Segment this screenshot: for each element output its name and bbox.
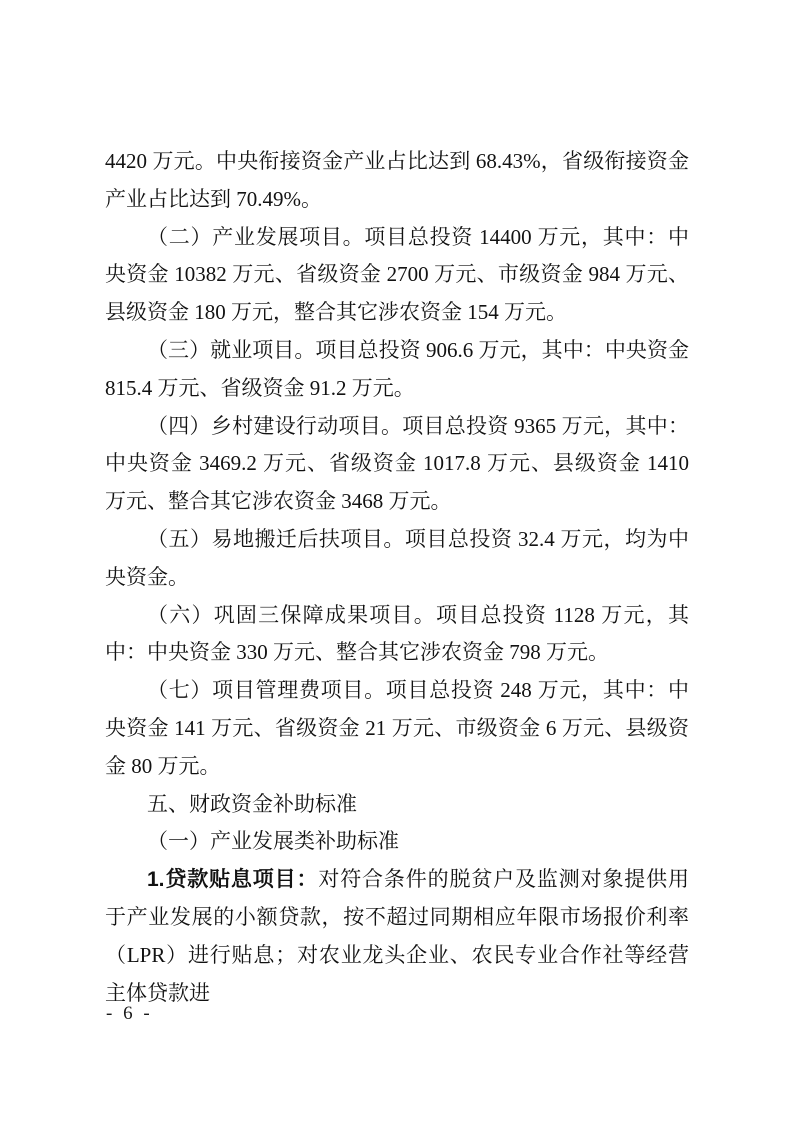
section-heading-five: 五、财政资金补助标准	[105, 786, 689, 824]
paragraph-continuation: 4420 万元。中央衔接资金产业占比达到 68.43%，省级衔接资金产业占比达到…	[105, 143, 689, 219]
document-body: 4420 万元。中央衔接资金产业占比达到 68.43%，省级衔接资金产业占比达到…	[105, 143, 689, 1012]
paragraph-item-6: （六）巩固三保障成果项目。项目总投资 1128 万元，其中：中央资金 330 万…	[105, 597, 689, 673]
paragraph-item-3: （三）就业项目。项目总投资 906.6 万元，其中：中央资金 815.4 万元、…	[105, 332, 689, 408]
page-number: - 6 -	[106, 1003, 153, 1024]
subsection-heading-one: （一）产业发展类补助标准	[105, 823, 689, 861]
paragraph-item-2: （二）产业发展项目。项目总投资 14400 万元，其中：中央资金 10382 万…	[105, 219, 689, 332]
page-footer: - 6 -	[106, 1001, 153, 1027]
paragraph-item-7: （七）项目管理费项目。项目总投资 248 万元，其中：中央资金 141 万元、省…	[105, 672, 689, 785]
paragraph-item-4: （四）乡村建设行动项目。项目总投资 9365 万元，其中：中央资金 3469.2…	[105, 408, 689, 521]
document-page: 4420 万元。中央衔接资金产业占比达到 68.43%，省级衔接资金产业占比达到…	[0, 0, 793, 1122]
paragraph-loan-subsidy: 1.贷款贴息项目：对符合条件的脱贫户及监测对象提供用于产业发展的小额贷款，按不超…	[105, 861, 689, 1012]
paragraph-item-5: （五）易地搬迁后扶项目。项目总投资 32.4 万元，均为中央资金。	[105, 521, 689, 597]
loan-paragraph-lead: 1.贷款贴息项目：	[147, 868, 318, 891]
